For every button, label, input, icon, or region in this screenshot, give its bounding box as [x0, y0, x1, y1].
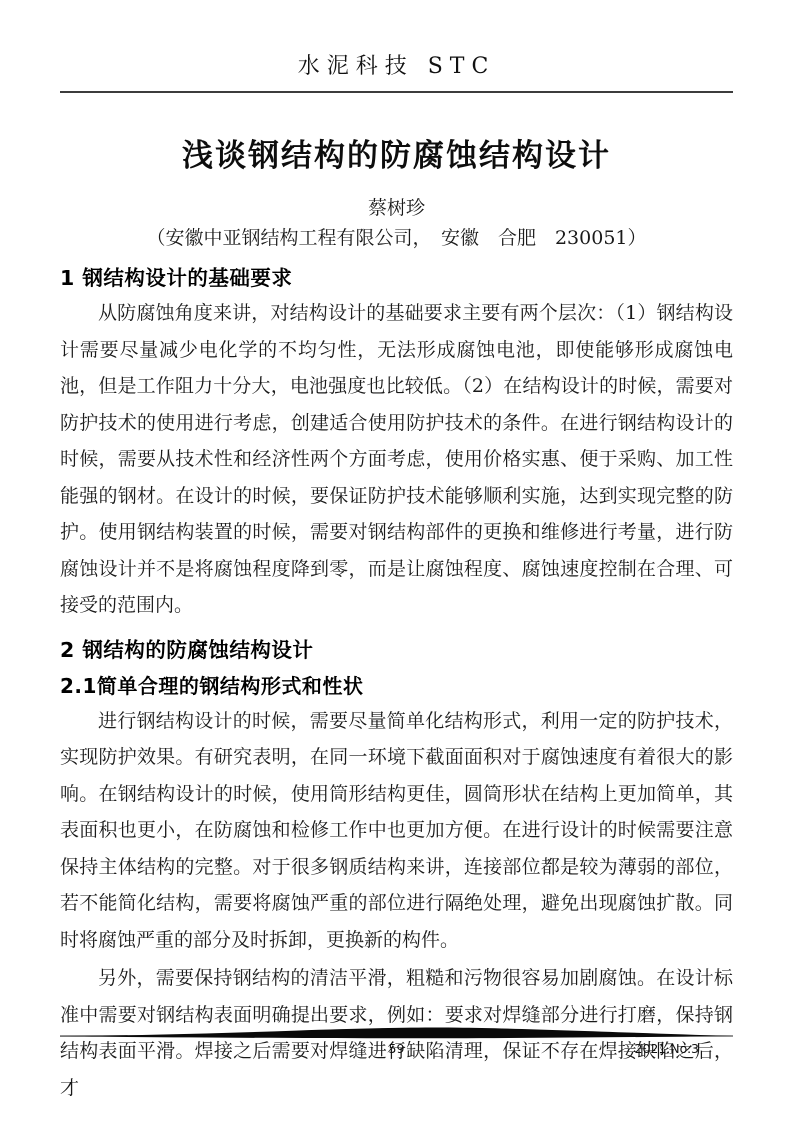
page-footer: 59 2021.No.3: [60, 1026, 733, 1059]
document-page: 水泥科技 STC 浅谈钢结构的防腐蚀结构设计 蔡树珍 （安徽中亚钢结构工程有限公…: [0, 0, 793, 1122]
journal-name: 水泥科技 STC: [60, 52, 733, 82]
section-2-1-heading: 2.1简单合理的钢结构形式和性状: [60, 671, 733, 701]
author-name: 蔡树珍: [60, 194, 733, 222]
footer-rule-ornament: [60, 1026, 733, 1040]
footer-text-row: 59 2021.No.3: [60, 1041, 733, 1059]
author-affiliation: （安徽中亚钢结构工程有限公司， 安徽 合肥 230051）: [60, 224, 733, 252]
article-title: 浅谈钢结构的防腐蚀结构设计: [60, 133, 733, 179]
section-1-paragraph: 从防腐蚀角度来讲，对结构设计的基础要求主要有两个层次：（1）钢结构设计需要尽量减…: [60, 295, 733, 624]
issue-number: 2021.No.3: [635, 1041, 700, 1056]
section-1-heading: 1 钢结构设计的基础要求: [60, 263, 733, 293]
section-2-1-paragraph-1: 进行钢结构设计的时候，需要尽量简单化结构形式，利用一定的防护技术，实现防护效果。…: [60, 703, 733, 959]
page-header: 水泥科技 STC: [60, 52, 733, 93]
header-rule: [60, 91, 733, 93]
article-body: 浅谈钢结构的防腐蚀结构设计 蔡树珍 （安徽中亚钢结构工程有限公司， 安徽 合肥 …: [60, 133, 733, 1106]
section-2-heading: 2 钢结构的防腐蚀结构设计: [60, 635, 733, 665]
page-number: 59: [60, 1041, 733, 1056]
